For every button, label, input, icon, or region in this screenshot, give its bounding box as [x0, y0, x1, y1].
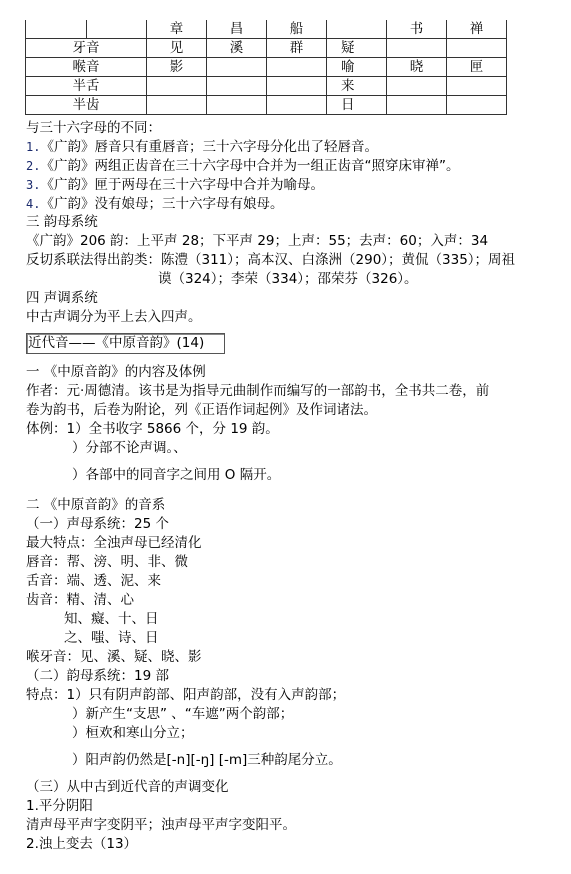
style-item: ）分部不论声调。、: [72, 439, 187, 458]
initials-table: 章 昌 船 书 禅 牙音 见 溪 群 疑 喉音 影 喻 晓 匣 半舌: [25, 20, 507, 115]
item-number: 3.: [26, 178, 40, 192]
table-cell: [447, 77, 507, 96]
item-number: 2.: [26, 159, 40, 173]
table-cell: 书: [387, 20, 447, 39]
table-row: 牙音 见 溪 群 疑: [26, 39, 507, 58]
table-cell: 匣: [447, 58, 507, 77]
row-label: 牙音: [26, 39, 147, 58]
table-cell: [207, 77, 267, 96]
tone-change-heading: （三）从中古到近代音的声调变化: [26, 778, 229, 797]
difference-item: 4.《广韵》没有娘母；三十六字母有娘母。: [26, 195, 283, 214]
table-cell: 疑: [327, 39, 387, 58]
difference-item: 1.《广韵》唇音只有重唇音；三十六字母分化出了轻唇音。: [26, 138, 378, 157]
initials-group: 喉牙音：见、溪、疑、晓、影: [26, 648, 202, 667]
tones-text: 中古声调分为平上去入四声。: [26, 308, 202, 327]
author-line: 作者：元·周德清。该书是为指导元曲制作而编写的一部韵书，全书共二卷，前: [26, 382, 489, 401]
difference-item: 2.《广韵》两组正齿音在三十六字母中合并为一组正齿音“照穿床审禅”。: [26, 157, 459, 176]
row-label: 喉音: [26, 58, 147, 77]
initials-group: 齿音：精、清、心: [26, 591, 134, 610]
table-cell: 禅: [447, 20, 507, 39]
table-cell: [267, 96, 327, 115]
table-cell: [267, 58, 327, 77]
table-row: 喉音 影 喻 晓 匣: [26, 58, 507, 77]
item-text: 《广韵》没有娘母；三十六字母有娘母。: [40, 196, 283, 212]
table-cell: 影: [147, 58, 207, 77]
tone-item: 2.浊上变去（13）: [26, 835, 137, 854]
style-line: 体例：1）全书收字 5866 个，分 19 韵。: [26, 420, 279, 439]
finals-system-heading: （二）韵母系统：19 部: [26, 667, 169, 686]
features-label: 特点：: [26, 687, 67, 703]
table-cell: [387, 96, 447, 115]
style-item: 1）全书收字 5866 个，分 19 韵。: [67, 421, 279, 437]
table-cell: [207, 96, 267, 115]
table-cell: [447, 39, 507, 58]
item-text: 《广韵》唇音只有重唇音；三十六字母分化出了轻唇音。: [40, 139, 378, 155]
table-cell: 章: [147, 20, 207, 39]
initials-group: 唇音：帮、滂、明、非、微: [26, 553, 188, 572]
table-cell: [87, 20, 147, 39]
finals-heading: 三 韵母系统: [26, 213, 98, 232]
feature-line: 最大特点：全浊声母已经清化: [26, 534, 202, 553]
table-cell: 晓: [387, 58, 447, 77]
table-cell: 来: [327, 77, 387, 96]
initials-group: 之、嗤、诗、日: [64, 629, 159, 648]
section-title-box: 近代音——《中原音韵》(14): [26, 333, 225, 354]
author-line: 卷为韵书，后卷为附论，列《正语作词起例》及作词诸法。: [26, 401, 377, 420]
table-cell: [26, 20, 87, 39]
differences-title: 与三十六字母的不同：: [26, 119, 161, 138]
table-cell: [207, 58, 267, 77]
table-cell: [147, 77, 207, 96]
tone-item: 清声母平声字变阴平；浊声母平声字变阳平。: [26, 816, 296, 835]
tone-item: 1.平分阴阳: [26, 797, 93, 816]
table-cell: [327, 20, 387, 39]
row-label: 半齿: [26, 96, 147, 115]
table-cell: [147, 96, 207, 115]
initials-group: 知、癡、十、日: [64, 610, 159, 629]
style-item: ）各部中的同音字之间用 O 隔开。: [72, 466, 280, 485]
table-cell: 日: [327, 96, 387, 115]
table-cell: 溪: [207, 39, 267, 58]
finals-line: 《广韵》206 韵：上平声 28；下平声 29；上声：55；去声：60；入声：3…: [26, 232, 488, 251]
item-number: 4.: [26, 197, 40, 211]
table-cell: 喻: [327, 58, 387, 77]
feature-item: ）阳声韵仍然是[-n][-ŋ] [-m]三种韵尾分立。: [72, 751, 342, 770]
table-row: 半齿 日: [26, 96, 507, 115]
table-cell: [387, 77, 447, 96]
part1-heading: 一 《中原音韵》的内容及体例: [26, 363, 206, 382]
feature-item: ）新产生“支思” 、“车遮”两个韵部；: [72, 705, 293, 724]
table-cell: [267, 77, 327, 96]
part2-heading: 二 《中原音韵》的音系: [26, 496, 165, 515]
item-number: 1.: [26, 140, 40, 154]
document-page: 章 昌 船 书 禅 牙音 见 溪 群 疑 喉音 影 喻 晓 匣 半舌: [0, 0, 571, 874]
item-text: 《广韵》匣于两母在三十六字母中合并为喻母。: [40, 177, 324, 193]
initials-heading: （一）声母系统：25 个: [26, 515, 169, 534]
initials-group: 舌音：端、透、泥、来: [26, 572, 161, 591]
difference-item: 3.《广韵》匣于两母在三十六字母中合并为喻母。: [26, 176, 324, 195]
tones-heading: 四 声调系统: [26, 289, 98, 308]
table-header-row: 章 昌 船 书 禅: [26, 20, 507, 39]
feature-item: ）桓欢和寒山分立；: [72, 724, 194, 743]
table-cell: [447, 96, 507, 115]
table-cell: [387, 39, 447, 58]
table-cell: 昌: [207, 20, 267, 39]
style-label: 体例：: [26, 421, 67, 437]
row-label: 半舌: [26, 77, 147, 96]
table-cell: 群: [267, 39, 327, 58]
finals-line: 谟（324）；李荣（334）；邵荣芬（326）。: [158, 270, 418, 289]
table-row: 半舌 来: [26, 77, 507, 96]
feature-item: 1）只有阴声韵部、阳声韵部，没有入声韵部；: [67, 687, 346, 703]
finals-line: 反切系联法得出韵类：陈澧（311）；高本汉、白涤洲（290）；黄侃（335）；周…: [26, 251, 515, 270]
table-cell: 船: [267, 20, 327, 39]
features-line: 特点：1）只有阴声韵部、阳声韵部，没有入声韵部；: [26, 686, 345, 705]
item-text: 《广韵》两组正齿音在三十六字母中合并为一组正齿音“照穿床审禅”。: [40, 158, 459, 174]
table-cell: 见: [147, 39, 207, 58]
